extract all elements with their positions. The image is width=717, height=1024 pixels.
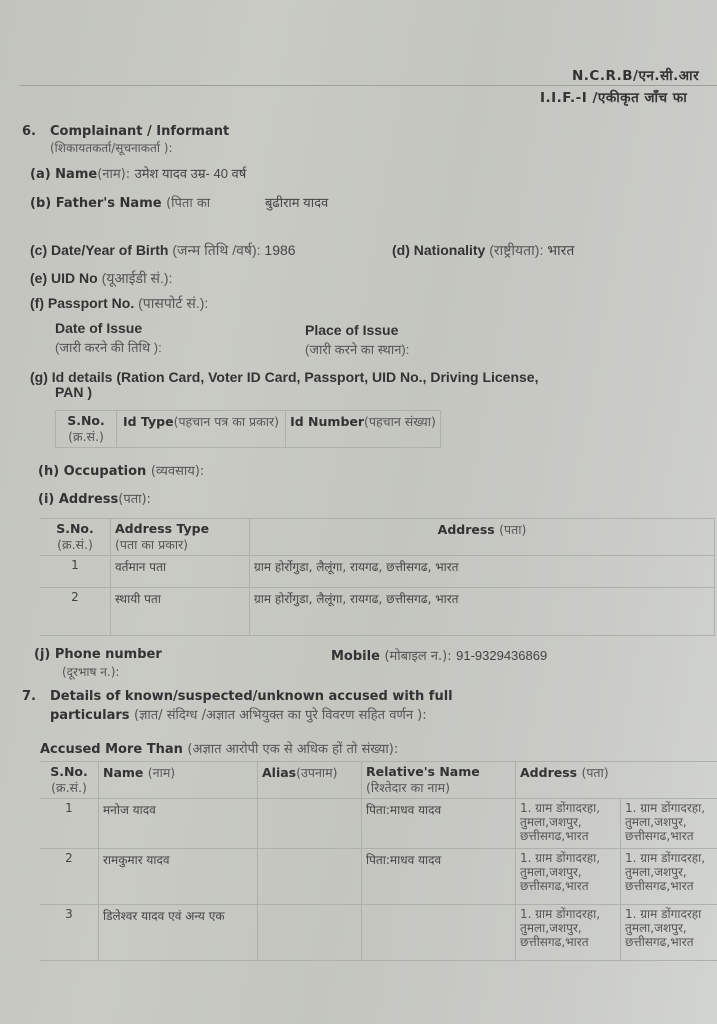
address-label: (i) Address (38, 492, 118, 507)
col-sno: S.No.(क्र.सं.) (56, 411, 117, 448)
table-header-row: S.No.(क्र.सं.) Name (नाम) Alias(उपनाम) R… (40, 762, 717, 799)
uid-label-hindi: (यूआईडी सं.): (102, 270, 173, 286)
father-name-label: (b) Father's Name (30, 196, 162, 211)
nationality-label-hindi: (राष्ट्रीयता): (489, 242, 543, 258)
cell-alias (258, 849, 362, 905)
mobile-label-hindi: (मोबाइल न.): (384, 649, 451, 664)
section-7-title-cont: particulars (ज्ञात/ संदिग्ध /अज्ञात अभिय… (50, 705, 427, 723)
address-label-hindi: (पता): (118, 492, 151, 507)
section-6-title-hindi: (शिकायतकर्ता/सूचनाकर्ता ): (50, 139, 172, 156)
name-label: (a) Name (30, 167, 97, 182)
cell-address-2: 1. ग्राम डोंगादरहातुमला,जशपुर,छत्तीसगढ,भ… (621, 905, 717, 961)
passport-label-hindi: (पासपोर्ट सं.): (138, 295, 208, 311)
section-6-title: Complainant / Informant (50, 124, 229, 139)
accused-more-than-label-hindi: (अज्ञात आरोपी एक से अधिक हों तो संख्या): (187, 742, 398, 757)
cell-relative (362, 905, 516, 961)
form-code-ncrb: N.C.R.B/एन.सी.आर (572, 66, 699, 84)
accused-more-than-label: Accused More Than (40, 742, 183, 757)
dob-label: (c) Date/Year of Birth (30, 242, 168, 258)
col-address-type: Address Type(पता का प्रकार) (111, 519, 250, 556)
form-code-iif: I.I.F.-I /एकीकृत जाँच फा (540, 88, 687, 106)
passport-field: (f) Passport No. (पासपोर्ट सं.): (30, 294, 208, 313)
table-row: 2 रामकुमार यादव पिता:माधव यादव 1. ग्राम … (40, 849, 717, 905)
cell-address-type: वर्तमान पता (111, 556, 250, 588)
cell-address: ग्राम होर्रोगुडा, लैलूंगा, रायगढ, छत्तीस… (250, 588, 715, 636)
id-details-table: S.No.(क्र.सं.) Id Type(पहचान पत्र का प्र… (55, 410, 441, 448)
cell-sno: 2 (40, 588, 111, 636)
mobile-field: Mobile (मोबाइल न.): 91-9329436869 (331, 646, 547, 664)
col-sno: S.No.(क्र.सं.) (40, 762, 99, 799)
accused-more-than-field: Accused More Than (अज्ञात आरोपी एक से अध… (40, 739, 398, 757)
occupation-label: (h) Occupation (38, 464, 146, 479)
col-id-type: Id Type(पहचान पत्र का प्रकार) (117, 411, 286, 448)
table-row: 2 स्थायी पता ग्राम होर्रोगुडा, लैलूंगा, … (40, 588, 715, 636)
cell-sno: 2 (40, 849, 99, 905)
place-of-issue-label: Place of Issue (305, 322, 398, 338)
id-details-label-cont: PAN ) (55, 384, 92, 400)
complainant-name-field: (a) Name(नाम): उमेश यादव उम्र- 40 वर्ष (30, 164, 246, 182)
nationality-label: (d) Nationality (392, 242, 485, 258)
occupation-label-hindi: (व्यवसाय): (151, 464, 204, 479)
uid-field: (e) UID No (यूआईडी सं.): (30, 269, 172, 288)
cell-alias (258, 799, 362, 849)
dob-value: 1986 (264, 242, 295, 258)
cell-alias (258, 905, 362, 961)
cell-address-2: 1. ग्राम डोंगादरहा,तुमला,जशपुर,छत्तीसगढ,… (621, 849, 717, 905)
cell-relative: पिता:माधव यादव (362, 799, 516, 849)
cell-name: रामकुमार यादव (99, 849, 258, 905)
uid-label: (e) UID No (30, 270, 98, 286)
place-of-issue-label-hindi: (जारी करने का स्थान): (305, 340, 409, 358)
cell-name: डिलेश्वर यादव एवं अन्य एक (99, 905, 258, 961)
col-sno: S.No.(क्र.सं.) (40, 519, 111, 556)
mobile-value: 91-9329436869 (456, 648, 547, 663)
col-address: Address (पता) (250, 519, 715, 556)
address-field: (i) Address(पता): (38, 489, 151, 507)
phone-label: (j) Phone number (34, 647, 162, 662)
cell-address-1: 1. ग्राम डोंगादरहा,तुमला,जशपुर,छत्तीसगढ,… (516, 849, 621, 905)
cell-address-2: 1. ग्राम डोंगादरहा,तुमला,जशपुर,छत्तीसगढ,… (621, 799, 717, 849)
cell-relative: पिता:माधव यादव (362, 849, 516, 905)
father-name-field: (b) Father's Name (पिता का (30, 193, 210, 211)
cell-address-1: 1. ग्राम डोंगादरहा,तुमला,जशपुर,छत्तीसगढ,… (516, 905, 621, 961)
col-id-number: Id Number(पहचान संख्या) (286, 411, 441, 448)
father-name-value: बुढीराम यादव (265, 193, 328, 211)
col-alias: Alias(उपनाम) (258, 762, 362, 799)
col-relative-name: Relative's Name(रिश्तेदार का नाम) (362, 762, 516, 799)
table-row: 1 मनोज यादव पिता:माधव यादव 1. ग्राम डोंग… (40, 799, 717, 849)
cell-sno: 1 (40, 556, 111, 588)
cell-name: मनोज यादव (99, 799, 258, 849)
passport-label: (f) Passport No. (30, 295, 134, 311)
section-7-number: 7. (22, 689, 36, 704)
cell-address-type: स्थायी पता (111, 588, 250, 636)
table-row: 1 वर्तमान पता ग्राम होर्रोगुडा, लैलूंगा,… (40, 556, 715, 588)
cell-sno: 3 (40, 905, 99, 961)
name-label-hindi: (नाम): (97, 167, 130, 182)
section-7-title: Details of known/suspected/unknown accus… (50, 689, 453, 704)
occupation-field: (h) Occupation (व्यवसाय): (38, 461, 204, 479)
name-value: उमेश यादव उम्र- 40 वर्ष (135, 166, 247, 181)
phone-label-hindi: (दूरभाष न.): (62, 663, 119, 680)
col-address: Address (पता) (516, 762, 717, 799)
cell-address: ग्राम होर्रोगुडा, लैलूंगा, रायगढ, छत्तीस… (250, 556, 715, 588)
cell-address-1: 1. ग्राम डोंगादरहा,तुमला,जशपुर,छत्तीसगढ,… (516, 799, 621, 849)
table-header-row: S.No.(क्र.सं.) Id Type(पहचान पत्र का प्र… (56, 411, 441, 448)
dob-field: (c) Date/Year of Birth (जन्म तिथि /वर्ष)… (30, 241, 296, 260)
nationality-value: भारत (547, 242, 574, 258)
father-name-label-hindi: (पिता का (166, 196, 210, 211)
cell-sno: 1 (40, 799, 99, 849)
nationality-field: (d) Nationality (राष्ट्रीयता): भारत (392, 241, 574, 260)
accused-table: S.No.(क्र.सं.) Name (नाम) Alias(उपनाम) R… (40, 761, 717, 961)
col-name: Name (नाम) (99, 762, 258, 799)
date-of-issue-label-hindi: (जारी करने की तिथि ): (55, 338, 162, 356)
header-divider (20, 85, 717, 86)
mobile-label: Mobile (331, 649, 380, 664)
table-header-row: S.No.(क्र.सं.) Address Type(पता का प्रका… (40, 519, 715, 556)
date-of-issue-label: Date of Issue (55, 320, 142, 336)
table-row: 3 डिलेश्वर यादव एवं अन्य एक 1. ग्राम डों… (40, 905, 717, 961)
dob-label-hindi: (जन्म तिथि /वर्ष): (172, 242, 260, 258)
section-6-number: 6. (22, 124, 36, 139)
address-table: S.No.(क्र.सं.) Address Type(पता का प्रका… (40, 518, 715, 636)
id-details-label: (g) Id details (Ration Card, Voter ID Ca… (30, 369, 538, 385)
section-7-title-hindi: (ज्ञात/ संदिग्ध /अज्ञात अभियुक्त का पुरे… (134, 708, 427, 723)
